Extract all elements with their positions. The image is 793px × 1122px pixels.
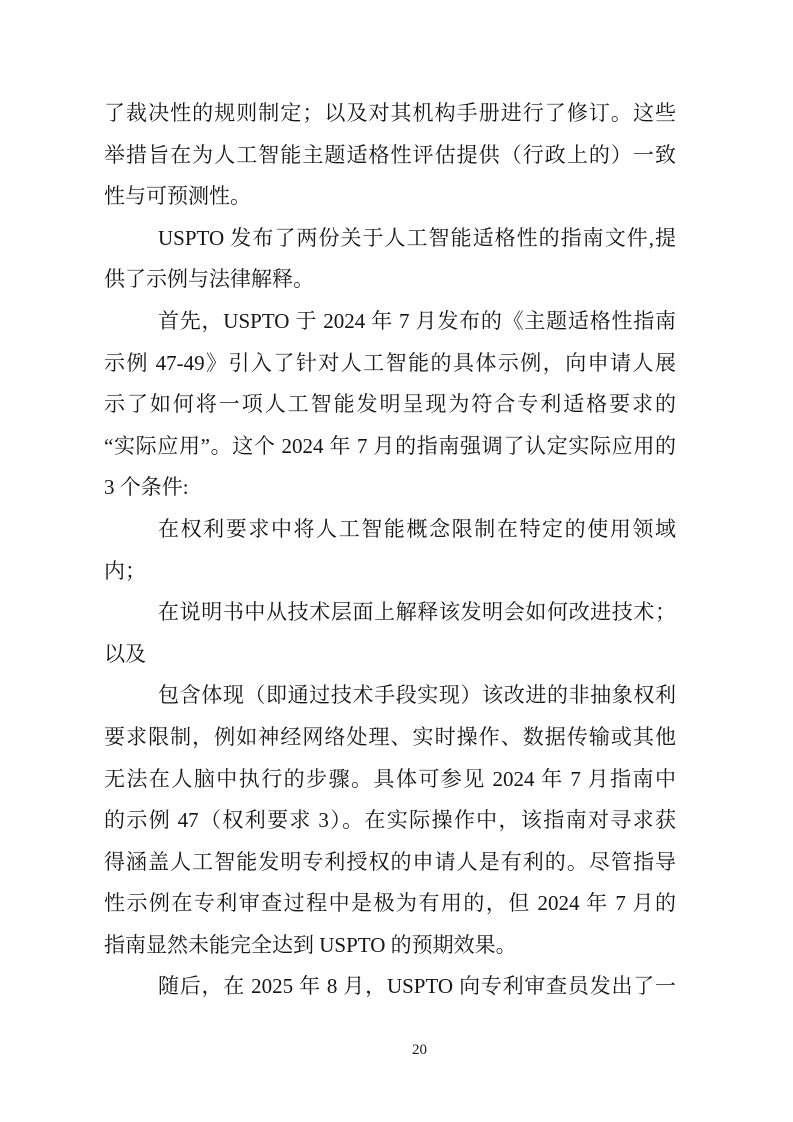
text-line: 包含体现（即通过技术手段实现）该改进的非抽象权利 <box>104 675 676 717</box>
text-line: 3 个条件: <box>104 467 676 509</box>
text-line: 供了示例与法律解释。 <box>104 259 676 301</box>
text-line: 随后，在 2025 年 8 月，USPTO 向专利审查员发出了一 <box>104 966 676 1008</box>
text-line: 示例 47-49》引入了针对人工智能的具体示例，向申请人展 <box>104 343 676 385</box>
text-line: 指南显然未能完全达到 USPTO 的预期效果。 <box>104 925 676 967</box>
text-line: 示了如何将一项人工智能发明呈现为符合专利适格要求的 <box>104 384 676 426</box>
text-line: 无法在人脑中执行的步骤。具体可参见 2024 年 7 月指南中 <box>104 759 676 801</box>
text-line: 在说明书中从技术层面上解释该发明会如何改进技术； <box>104 592 676 634</box>
text-line: 要求限制，例如神经网络处理、实时操作、数据传输或其他 <box>104 717 676 759</box>
text-line: USPTO 发布了两份关于人工智能适格性的指南文件,提 <box>104 218 676 260</box>
text-line: 内； <box>104 551 676 593</box>
document-page: 了裁决性的规则制定；以及对其机构手册进行了修订。这些举措旨在为人工智能主题适格性… <box>0 0 793 1122</box>
text-line: “实际应用”。这个 2024 年 7 月的指南强调了认定实际应用的 <box>104 426 676 468</box>
text-line: 首先，USPTO 于 2024 年 7 月发布的《主题适格性指南 <box>104 301 676 343</box>
text-line: 举措旨在为人工智能主题适格性评估提供（行政上的）一致 <box>104 135 676 177</box>
text-line: 得涵盖人工智能发明专利授权的申请人是有利的。尽管指导 <box>104 842 676 884</box>
text-line: 以及 <box>104 634 676 676</box>
page-number: 20 <box>412 1042 427 1058</box>
text-line: 在权利要求中将人工智能概念限制在特定的使用领域 <box>104 509 676 551</box>
text-line: 性示例在专利审查过程中是极为有用的，但 2024 年 7 月的 <box>104 883 676 925</box>
text-line: 了裁决性的规则制定；以及对其机构手册进行了修订。这些 <box>104 93 676 135</box>
text-block: 了裁决性的规则制定；以及对其机构手册进行了修订。这些举措旨在为人工智能主题适格性… <box>104 93 676 1008</box>
text-line: 性与可预测性。 <box>104 176 676 218</box>
text-line: 的示例 47（权利要求 3）。在实际操作中，该指南对寻求获 <box>104 800 676 842</box>
page-footer: 20 <box>0 1041 793 1059</box>
